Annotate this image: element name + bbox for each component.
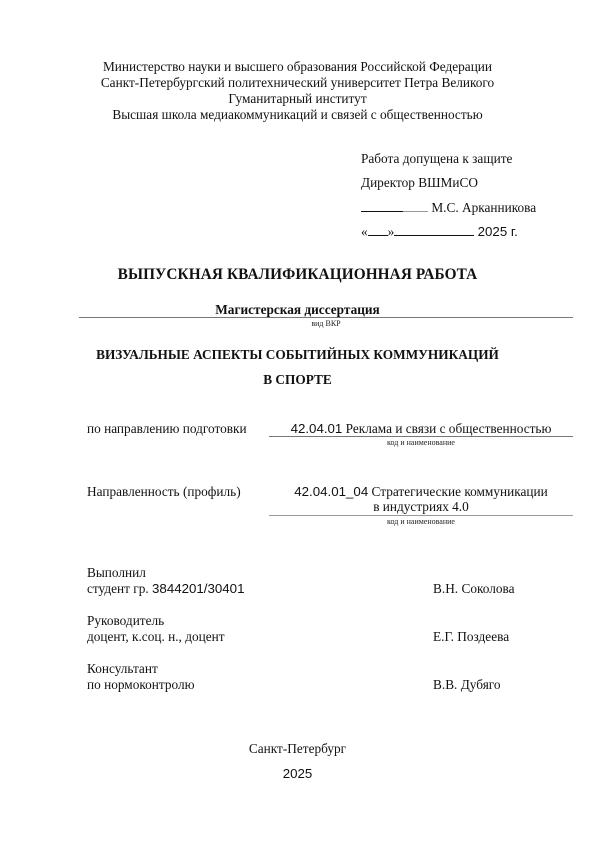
university-name: Санкт-Петербургский политехнический унив… <box>0 75 595 91</box>
director-name: М.С. Арканникова <box>431 200 536 215</box>
approval-director: Директор ВШМиСО <box>361 175 478 191</box>
school-name: Высшая школа медиакоммуникаций и связей … <box>0 107 595 123</box>
consultant-role: Консультант <box>87 661 158 677</box>
performer-detail: студент гр. 3844201/30401 <box>87 581 244 597</box>
profile-code: 42.04.01_04 <box>294 484 368 499</box>
date-close-quote: » <box>388 224 395 239</box>
approval-year: 2025 г. <box>478 224 518 239</box>
topic-line-1: ВИЗУАЛЬНЫЕ АСПЕКТЫ СОБЫТИЙНЫХ КОММУНИКАЦ… <box>0 347 595 363</box>
profile-value-line-1: 42.04.01_04 Стратегические коммуникации <box>269 484 573 500</box>
approval-admitted: Работа допущена к защите <box>361 151 512 167</box>
topic-line-2: В СПОРТЕ <box>0 372 595 388</box>
supervisor-name: Е.Г. Поздеева <box>433 629 509 645</box>
consultant-detail: по нормоконтролю <box>87 677 195 693</box>
day-blank <box>368 223 388 236</box>
work-type: Магистерская диссертация <box>0 302 595 318</box>
consultant-name: В.В. Дубяго <box>433 677 501 693</box>
performer-name: В.Н. Соколова <box>433 581 515 597</box>
work-type-caption: вид ВКР <box>79 319 573 328</box>
direction-code: 42.04.01 <box>291 421 343 436</box>
profile-caption: код и наименование <box>269 517 573 526</box>
profile-name-1: Стратегические коммуникации <box>368 484 548 499</box>
approval-date-line: «» 2025 г. <box>361 223 518 240</box>
direction-rule <box>269 436 573 437</box>
ministry-name: Министерство науки и высшего образования… <box>0 59 595 75</box>
signature-blank-extension <box>403 199 428 212</box>
footer-year: 2025 <box>0 766 595 781</box>
direction-value: 42.04.01 Реклама и связи с общественност… <box>269 421 573 437</box>
approval-signature-line: М.С. Арканникова <box>361 199 536 216</box>
direction-caption: код и наименование <box>269 438 573 447</box>
work-title: ВЫПУСКНАЯ КВАЛИФИКАЦИОННАЯ РАБОТА <box>0 266 595 284</box>
signature-blank <box>361 199 403 212</box>
performer-role: Выполнил <box>87 565 146 581</box>
direction-name: Реклама и связи с общественностью <box>342 421 551 436</box>
supervisor-role: Руководитель <box>87 613 164 629</box>
direction-label: по направлению подготовки <box>87 421 247 437</box>
supervisor-detail: доцент, к.соц. н., доцент <box>87 629 225 645</box>
institute-name: Гуманитарный институт <box>0 91 595 107</box>
performer-group-code: 3844201/30401 <box>152 581 244 596</box>
month-blank <box>394 223 474 236</box>
footer-city: Санкт-Петербург <box>0 741 595 757</box>
profile-value-line-2: в индустриях 4.0 <box>269 499 573 515</box>
work-type-rule <box>79 317 573 318</box>
profile-label: Направленность (профиль) <box>87 484 241 500</box>
profile-rule <box>269 515 573 516</box>
date-open-quote: « <box>361 224 368 239</box>
performer-group-label: студент гр. <box>87 581 152 596</box>
